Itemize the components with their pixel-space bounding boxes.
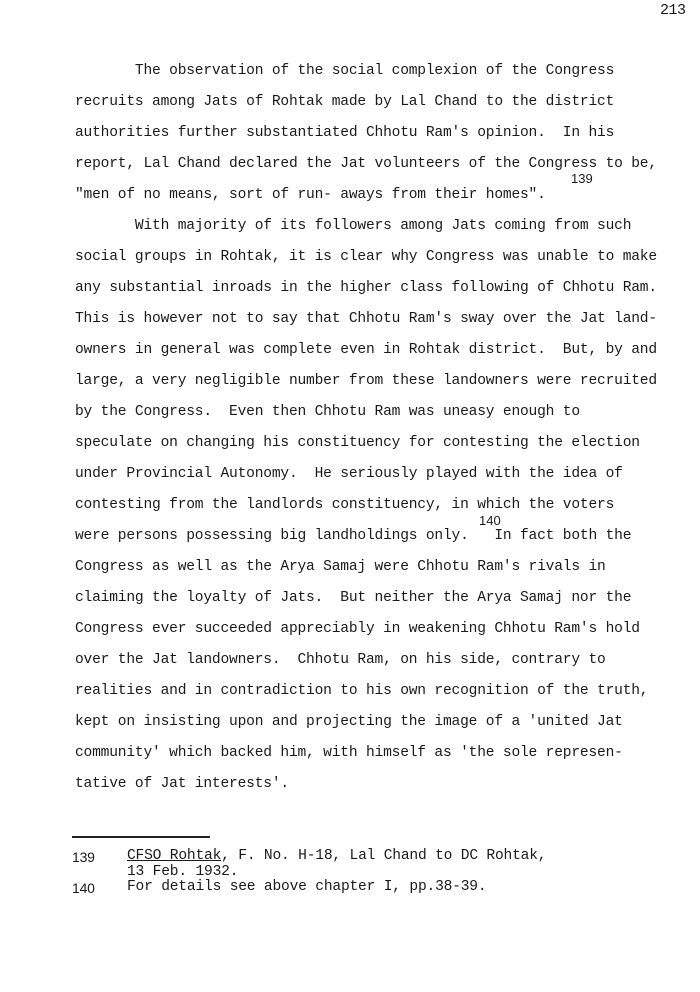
text-line: "men of no means, sort of run- aways fro…	[75, 187, 546, 203]
text-line: social groups in Rohtak, it is clear why…	[75, 249, 657, 265]
text-line: authorities further substantiated Chhotu…	[75, 125, 614, 141]
text-line: With majority of its followers among Jat…	[75, 218, 631, 234]
text-line: speculate on changing his constituency f…	[75, 435, 640, 451]
text-line: claiming the loyalty of Jats. But neithe…	[75, 590, 631, 606]
text-line: recruits among Jats of Rohtak made by La…	[75, 94, 614, 110]
text-line: any substantial inroads in the higher cl…	[75, 280, 657, 296]
footnote-number: 139	[72, 849, 95, 865]
text-line: realities and in contradiction to his ow…	[75, 683, 648, 699]
text-line: kept on insisting upon and projecting th…	[75, 714, 623, 730]
text-line: This is however not to say that Chhotu R…	[75, 311, 657, 327]
footnote-text: For details see above chapter I, pp.38-3…	[127, 879, 486, 895]
page-number: 213	[660, 2, 686, 19]
footnote-text: CFSO Rohtak, F. No. H-18, Lal Chand to D…	[127, 848, 546, 864]
footnote-divider	[72, 836, 210, 838]
text-line: Congress as well as the Arya Samaj were …	[75, 559, 606, 575]
text-line: The observation of the social complexion…	[75, 63, 614, 79]
text-line: tative of Jat interests'.	[75, 776, 289, 792]
text-line: over the Jat landowners. Chhotu Ram, on …	[75, 652, 606, 668]
footnote-ref-140: 140	[479, 513, 501, 528]
footnote-detail: , F. No. H-18, Lal Chand to DC Rohtak,	[221, 848, 546, 864]
footnote-number: 140	[72, 880, 95, 896]
text-line: contesting from the landlords constituen…	[75, 497, 614, 513]
footnote-continuation: 13 Feb. 1932.	[127, 864, 238, 880]
footnote-ref-139: 139	[571, 171, 593, 186]
text-line: large, a very negligible number from the…	[75, 373, 657, 389]
text-line: owners in general was complete even in R…	[75, 342, 657, 358]
text-line: by the Congress. Even then Chhotu Ram wa…	[75, 404, 580, 420]
text-line: community' which backed him, with himsel…	[75, 745, 623, 761]
text-line: report, Lal Chand declared the Jat volun…	[75, 156, 657, 172]
footnote-source: CFSO Rohtak	[127, 848, 221, 864]
text-line: Congress ever succeeded appreciably in w…	[75, 621, 640, 637]
text-line: under Provincial Autonomy. He seriously …	[75, 466, 623, 482]
text-line: were persons possessing big landholdings…	[75, 528, 631, 544]
